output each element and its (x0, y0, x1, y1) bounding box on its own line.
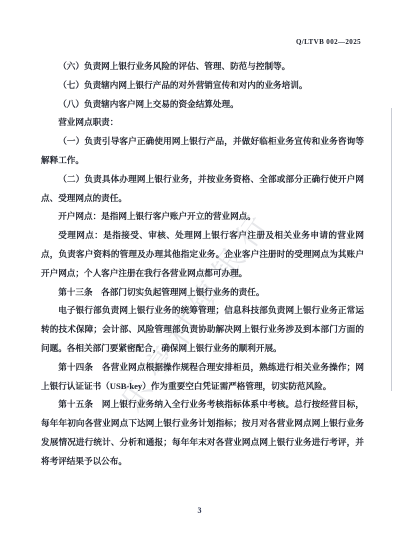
document-body: （六）负责网上银行业务风险的评估、管理、防范与控制等。（七）负责辖内网上银行产品… (41, 57, 364, 471)
document-standard-code: Q/LTVB 002—2025 (296, 38, 361, 46)
page-number: 3 (0, 506, 399, 515)
paragraph: 第十三条 各部门切实负起管理网上银行业务的责任。 (41, 283, 364, 302)
paragraph: 第十五条 网上银行业务纳入全行业务考核指标体系中考核。总行按经营目标，每年年初向… (41, 395, 364, 470)
paragraph: （七）负责辖内网上银行产品的对外营销宣传和对内的业务培训。 (41, 76, 364, 95)
paragraph: （一）负责引导客户正确使用网上银行产品，并做好临柜业务宣传和业务咨询等解释工作。 (41, 132, 364, 170)
paragraph: 第十四条 各营业网点根据操作规程合理安排柜员，熟练进行相关业务操作；网上银行认证… (41, 358, 364, 396)
document-page: 乐亭村镇银行 Q/LTVB 002—2025 （六）负责网上银行业务风险的评估、… (0, 0, 399, 557)
scan-artifact-line (391, 108, 392, 391)
paragraph: 受理网点：是指接受、审核、处理网上银行客户注册及相关业务申请的营业网点，负责客户… (41, 226, 364, 282)
paragraph: （六）负责网上银行业务风险的评估、管理、防范与控制等。 (41, 57, 364, 76)
paragraph: （二）负责具体办理网上银行业务，并按业务资格、全部或部分正确行使开户网点、受理网… (41, 170, 364, 208)
paragraph: （八）负责辖内客户网上交易的资金结算处理。 (41, 95, 364, 114)
paragraph: 营业网点职责： (41, 113, 364, 132)
paragraph: 开户网点：是指网上银行客户账户开立的营业网点。 (41, 207, 364, 226)
paragraph: 电子银行部负责网上银行业务的统筹管理；信息科技部负责网上银行业务正常运转的技术保… (41, 301, 364, 357)
